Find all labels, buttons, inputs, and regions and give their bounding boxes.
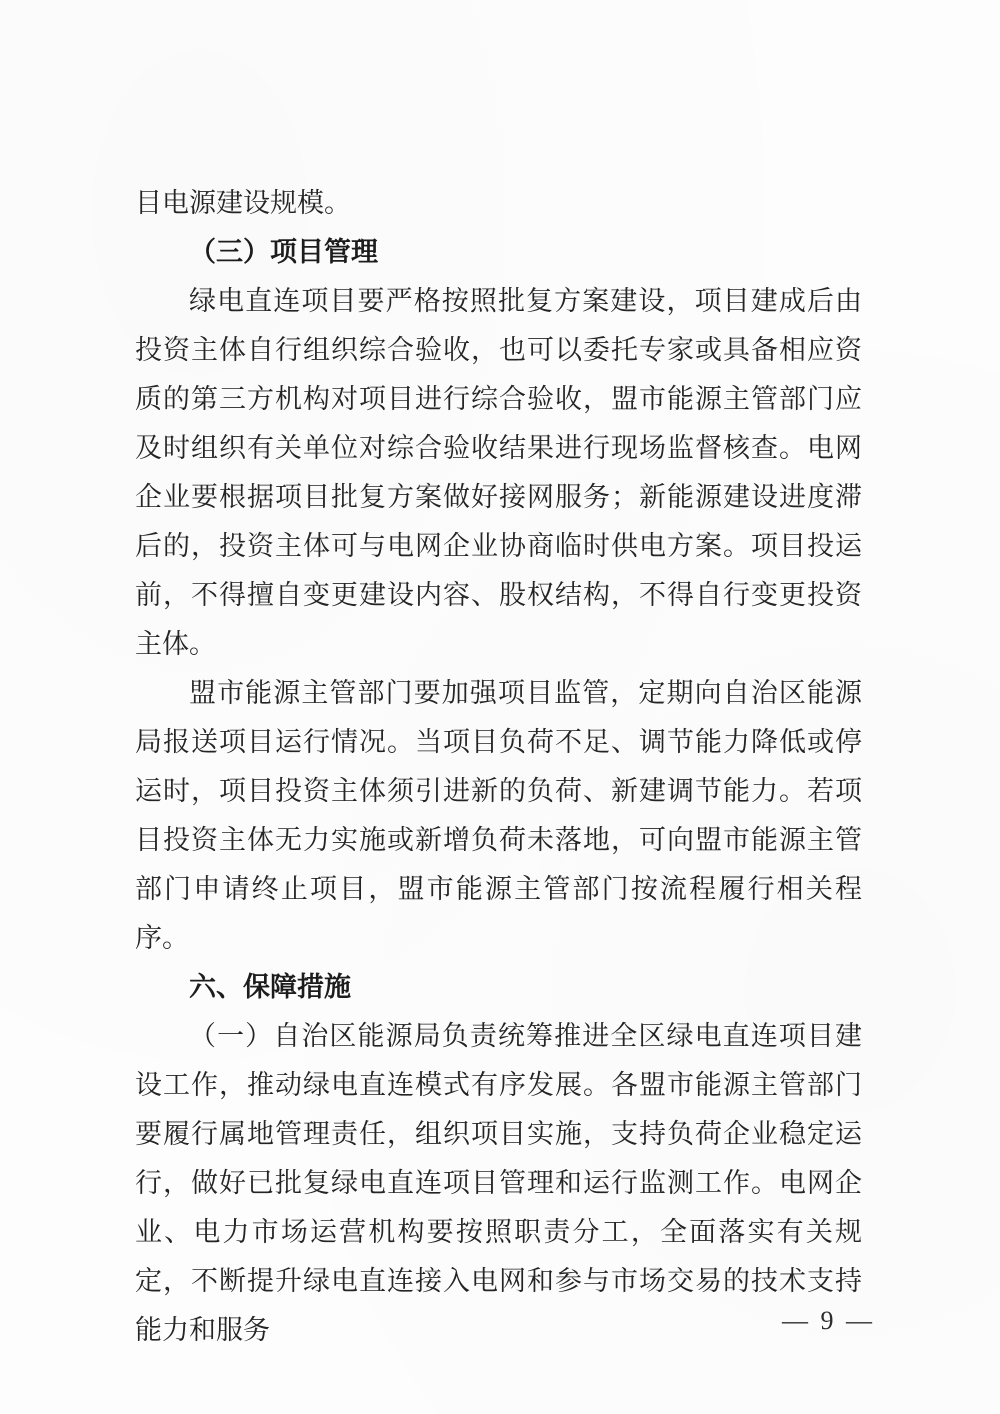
section-heading-project-management: （三）项目管理	[135, 228, 862, 277]
section-heading-safeguard-measures: 六、保障措施	[135, 963, 862, 1012]
document-page: 目电源建设规模。 （三）项目管理 绿电直连项目要严格按照批复方案建设，项目建成后…	[0, 0, 1000, 1414]
paragraph-project-management-2: 盟市能源主管部门要加强项目监管，定期向自治区能源局报送项目运行情况。当项目负荷不…	[135, 669, 862, 963]
paragraph-continuation: 目电源建设规模。	[135, 179, 862, 228]
paragraph-safeguard-measures-1: （一）自治区能源局负责统筹推进全区绿电直连项目建设工作，推动绿电直连模式有序发展…	[135, 1012, 862, 1355]
document-body: 目电源建设规模。 （三）项目管理 绿电直连项目要严格按照批复方案建设，项目建成后…	[135, 179, 862, 1355]
page-number: — 9 —	[0, 1306, 1000, 1336]
paragraph-project-management-1: 绿电直连项目要严格按照批复方案建设，项目建成后由投资主体自行组织综合验收，也可以…	[135, 277, 862, 669]
